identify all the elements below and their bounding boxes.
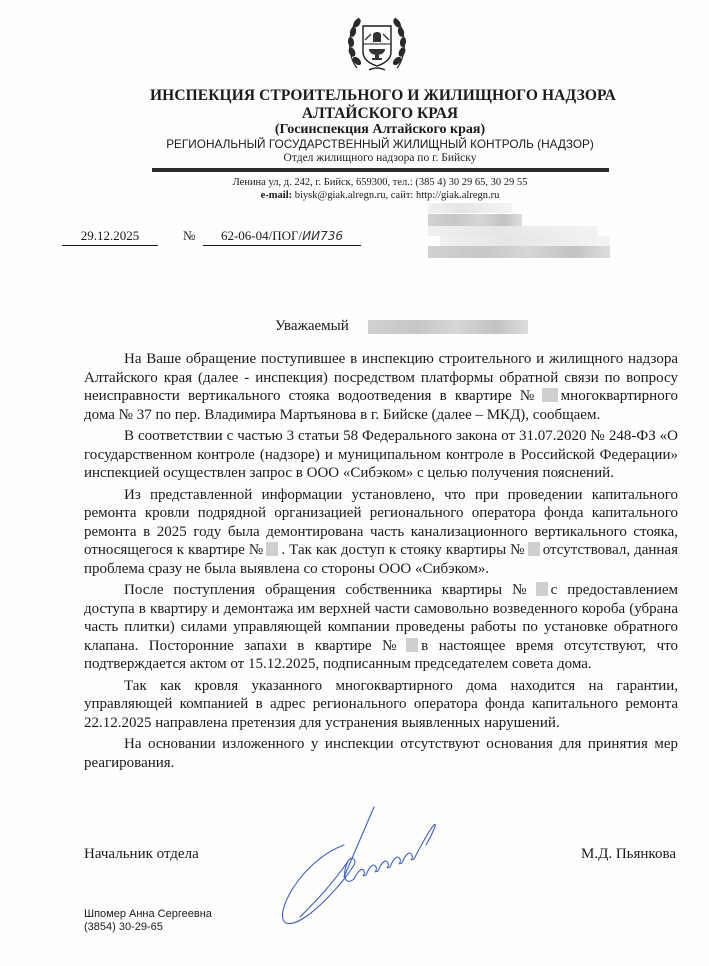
org-region: АЛТАЙСКОГО КРАЯ [150, 105, 610, 123]
registration-number-label: № [183, 228, 195, 244]
signatory-title: Начальник отдела [84, 846, 199, 863]
registration-number-typed: 62-06-04/ПОГ/ [221, 228, 302, 243]
site-label: , сайт: [386, 190, 414, 201]
recipient-name-redacted [368, 320, 528, 334]
registration-number-handwritten: ИИ736 [302, 229, 343, 243]
letter-body: На Ваше обращение поступившее в инспекци… [84, 350, 678, 775]
apartment-number-redacted [542, 388, 558, 402]
salutation-text: Уважаемый [275, 318, 349, 334]
executor-info: Шпомер Анна Сергеевна (3854) 30-29-65 [84, 908, 212, 934]
org-short-name: (Госинспекция Алтайского края) [150, 122, 610, 138]
paragraph-4: После поступления обращения собственника… [84, 581, 678, 674]
apartment-number-redacted [536, 582, 548, 596]
contact-email-site: e-mail: biysk@giak.alregn.ru, сайт: http… [150, 190, 610, 201]
letterhead-divider [152, 168, 609, 172]
executor-phone: (3854) 30-29-65 [84, 921, 212, 934]
apartment-number-redacted [266, 542, 278, 556]
registration-number: 62-06-04/ПОГ/ИИ736 [203, 228, 361, 246]
altai-krai-coat-of-arms-icon [343, 8, 411, 76]
apartment-number-redacted [528, 542, 540, 556]
apartment-number-redacted [406, 638, 418, 652]
email-link[interactable]: biysk@giak.alregn.ru [295, 190, 386, 201]
salutation: Уважаемый [275, 318, 349, 335]
executor-name: Шпомер Анна Сергеевна [84, 908, 212, 921]
registration-date: 29.12.2025 [62, 228, 158, 246]
paragraph-1: На Ваше обращение поступившее в инспекци… [84, 350, 678, 424]
contact-address: Ленина ул, д. 242, г. Бийск, 659300, тел… [150, 177, 610, 188]
department-name: Отдел жилищного надзора по г. Бийску [150, 152, 610, 164]
paragraph-3: Из представленной информации установлено… [84, 486, 678, 579]
control-type: РЕГИОНАЛЬНЫЙ ГОСУДАРСТВЕННЫЙ ЖИЛИЩНЫЙ КО… [150, 137, 610, 151]
handwritten-signature-icon [262, 805, 462, 935]
paragraph-2: В соответствии с частью 3 статьи 58 Феде… [84, 427, 678, 483]
email-label: e-mail: [261, 190, 293, 201]
official-letter-page: ИНСПЕКЦИЯ СТРОИТЕЛЬНОГО И ЖИЛИЩНОГО НАДЗ… [0, 0, 709, 966]
paragraph-6: На основании изложенного у инспекции отс… [84, 735, 678, 772]
org-name: ИНСПЕКЦИЯ СТРОИТЕЛЬНОГО И ЖИЛИЩНОГО НАДЗ… [150, 87, 610, 105]
signatory-name: М.Д. Пьянкова [581, 846, 676, 863]
site-link[interactable]: http://giak.alregn.ru [416, 190, 499, 201]
paragraph-5: Так как кровля указанного многоквартирно… [84, 677, 678, 733]
